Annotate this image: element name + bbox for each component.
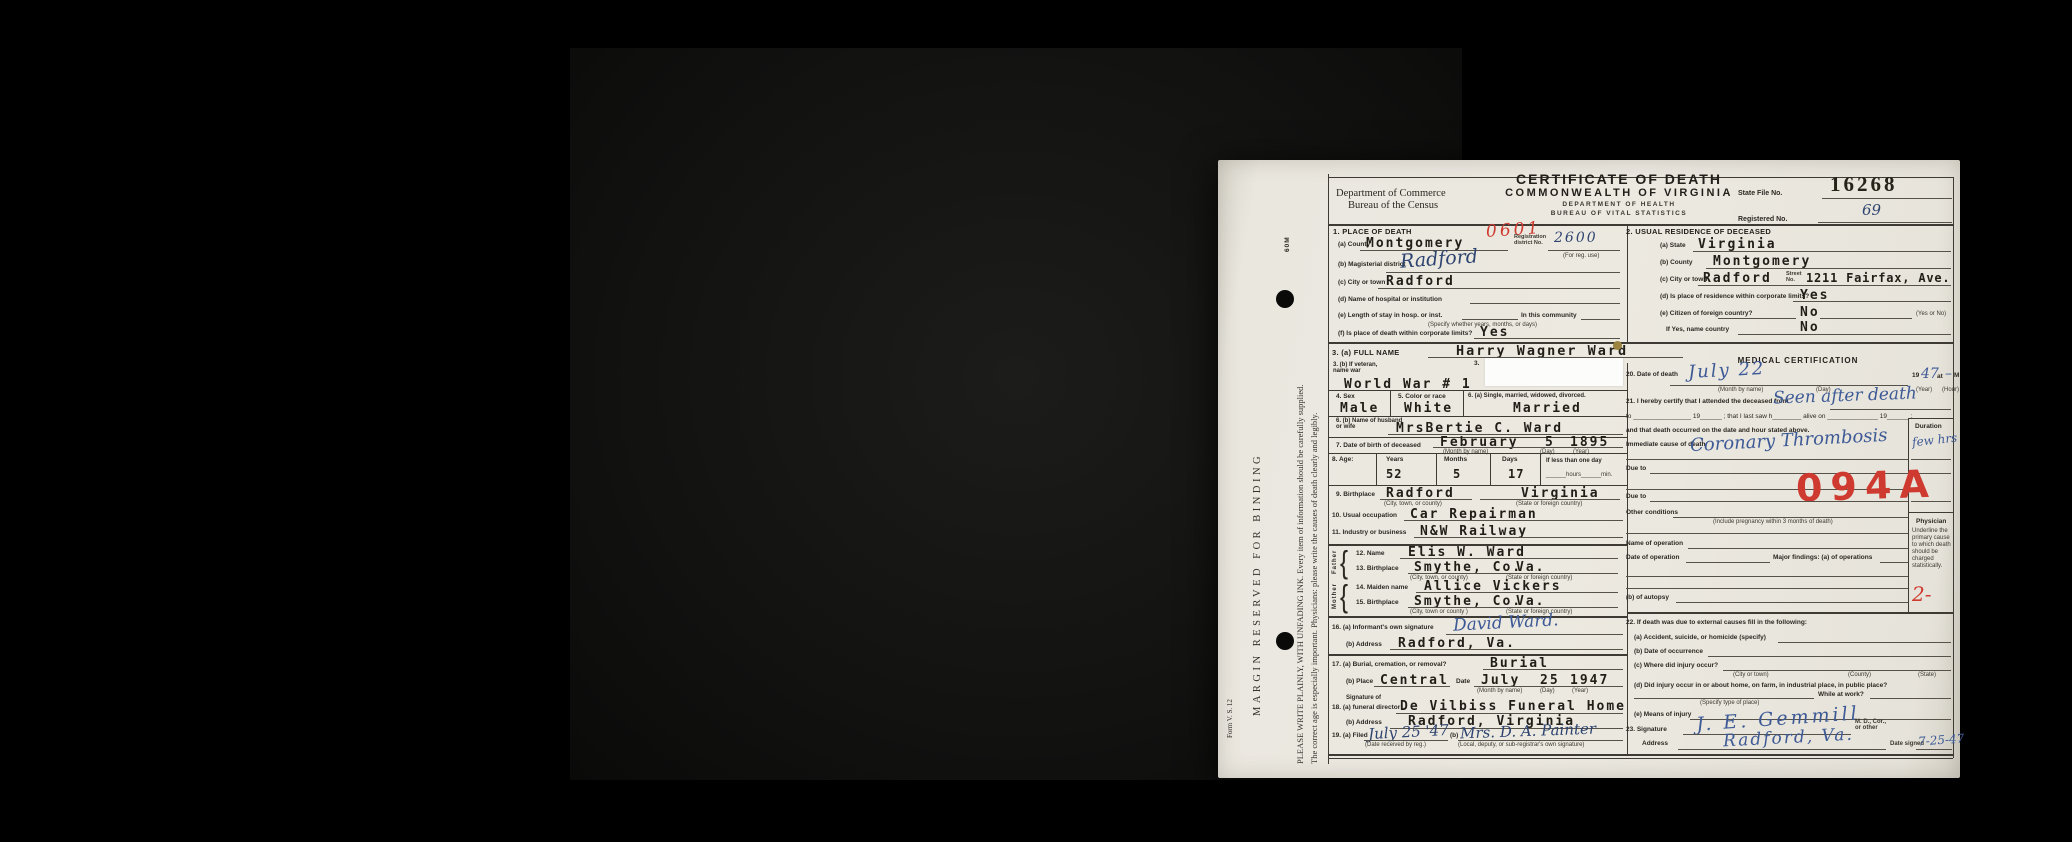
death-certificate-document: 60M Form V. S. 12 MARGIN RESERVED FOR BI… [1218,160,1960,778]
place-type-note: (Specify type of place) [1700,700,1759,706]
mother-group-label: Mother [1332,583,1338,609]
field-line [1408,607,1618,608]
age-label: 8. Age: [1332,456,1353,463]
field-line [1416,592,1618,593]
informant-address-label: (b) Address [1346,641,1382,648]
res-city-label: (c) City or town [1660,276,1707,283]
pod-city-value: Radford [1386,274,1455,289]
hospital-label: (d) Name of hospital or institution [1338,296,1442,303]
red-mark: 2- [1912,582,1931,606]
md-cor-note: M. D., Cor., or other [1855,719,1886,731]
director-label-1: Signature of [1346,695,1381,701]
field-line [1386,272,1620,273]
duration-label: Duration [1915,423,1942,430]
filed-label: 19. (a) Filed [1332,732,1368,739]
full-name-label: 3. (a) FULL NAME [1332,348,1400,357]
binding-margin-note: MARGIN RESERVED FOR BINDING [1252,453,1263,716]
field-line [1634,698,1814,699]
bottom-rule-2 [1328,758,1953,759]
date-signed-value: 7-25-47 [1918,731,1965,748]
citizen-label: (e) Citizen of foreign country? [1660,310,1752,317]
age-months-label: Months [1444,456,1467,463]
field-line [1698,285,1951,286]
field-line [1916,749,1952,750]
dod-hour-note: (Hour) [1942,387,1959,393]
certifier-signature-label: 23. Signature [1626,726,1667,733]
while-at-work-label: While at work? [1818,691,1864,698]
due-to-label-1: Due to [1626,465,1646,472]
physician-note: Underline the primary cause to which dea… [1912,528,1956,570]
field-line [1870,698,1951,699]
field-line [1390,649,1623,650]
section-rule [1328,654,1627,656]
column-divider-line [1627,224,1628,344]
field-line [1404,520,1623,521]
stock-number: 60M [1284,236,1291,252]
field-line [1446,634,1623,635]
ext-state-note: (State) [1918,672,1936,678]
res-city-value: Radford [1703,271,1772,286]
mother-brace: { [1340,580,1348,616]
dob-month-note: (Month by name) [1443,449,1488,455]
redaction-box [1485,358,1623,386]
scan-background: 60M Form V. S. 12 MARGIN RESERVED FOR BI… [570,48,1462,780]
document-title: CERTIFICATE OF DEATH [1494,171,1744,187]
field-line [1708,656,1951,657]
operation-date-label: Date of operation [1626,554,1679,561]
ssn-label: 3. [1474,360,1479,367]
bureau-census: Bureau of the Census [1348,200,1438,211]
pregnancy-note: (Include pregnancy within 3 months of de… [1713,519,1833,525]
dod-hour-value: – [1945,366,1952,382]
informant-signature-value: David Ward. [1453,610,1560,636]
reg-use-note: (For reg. use) [1563,253,1599,259]
field-line [1483,669,1623,670]
other-conditions-label: Other conditions [1626,509,1678,516]
field-line [1548,250,1620,251]
field-line [1458,740,1623,741]
age-years-value: 52 [1386,467,1402,481]
less-than-day-label: If less than one day [1546,458,1602,464]
field-line [1686,562,1770,563]
father-birthplace-label: 13. Birthplace [1356,565,1399,572]
yellow-sticker-dot [1613,341,1622,350]
burial-place-label: (b) Place [1346,678,1373,685]
cell-line [1376,453,1377,485]
form-number: Form V. S. 12 [1226,699,1234,738]
dob-day-note: (Day) [1540,449,1555,455]
dod-month-note: (Month by name) [1718,387,1763,393]
field-line [1581,319,1620,320]
field-line [1650,501,1908,502]
registered-label: Registered No. [1738,216,1787,223]
field-line [1723,670,1951,671]
field-line [1380,499,1472,500]
ext-city-note: (City or town) [1733,672,1769,678]
state-file-label: State File No. [1738,190,1782,197]
spouse-label: 6. (b) Name of husband or wife [1336,418,1402,430]
certify-line-2: to ________________ 19______ ; that I la… [1626,413,1912,420]
cell-line [1390,390,1391,416]
res-county-value: Montgomery [1713,254,1811,269]
cell-line [1463,390,1464,416]
dod-at-label: at [1937,373,1943,380]
ext-b-label: (b) Date of occurrence [1634,648,1703,655]
physician-box-line [1908,512,1909,612]
ext-d-label: (d) Did injury occur in or about home, o… [1634,682,1887,689]
field-line [1706,268,1951,269]
ext-county-note: (County) [1848,672,1871,678]
dept-health: DEPARTMENT OF HEALTH [1494,201,1744,208]
field-line [1374,686,1450,687]
veteran-label: 3. (b) If veteran, name war [1333,362,1377,374]
res-corporate-label: (d) Is place of residence within corpora… [1660,293,1809,300]
father-name-label: 12. Name [1356,550,1385,557]
field-line [1400,558,1618,559]
rule-line [1328,416,1627,417]
community-label: In this community [1521,312,1577,319]
dept-commerce: Department of Commerce [1336,188,1446,199]
rule-line [1328,390,1627,391]
father-group-label: Father [1332,550,1338,574]
burial-date-label: Date [1456,678,1470,685]
residence-title: 2. USUAL RESIDENCE OF DECEASED [1626,227,1771,236]
street-label: Street No. [1786,271,1802,283]
autopsy-label: (b) of autopsy [1626,594,1669,601]
field-line [1626,533,1908,534]
hours-min-label: ______hours______min. [1546,472,1612,478]
field-line [1693,251,1951,252]
pod-corporate-label: (f) Is place of death within corporate l… [1338,330,1472,337]
ext-c-label: (c) Where did injury occur? [1634,662,1718,669]
age-days-label: Days [1502,456,1518,463]
cell-line [1490,453,1491,485]
field-line [1364,740,1448,741]
field-line [1470,303,1620,304]
date-of-death-value: July 22 [1688,358,1766,383]
field-line [1673,517,1908,518]
punch-hole-bottom [1276,632,1294,650]
street-value: 1211 Fairfax, Ave. [1806,271,1950,285]
citizen-value: No [1800,305,1820,320]
field-line [1626,576,1908,577]
race-value: White [1404,401,1453,416]
filed-date-note: (Date received by reg.) [1365,742,1426,748]
commonwealth-subtitle: COMMONWEALTH OF VIRGINIA [1494,187,1744,199]
field-line [1778,642,1951,643]
marital-label: 6. (a) Single, married, widowed, divorce… [1468,393,1586,399]
registrar-signature-value: Mrs. D. A. Painter [1460,720,1597,743]
magisterial-value: Radford [1399,245,1478,272]
citizen-note: (Yes or No) [1916,311,1946,317]
filed-b-label: (b) [1450,732,1458,739]
attended-value: Seen after death [1773,383,1917,408]
reg-district-label: Registration district No. [1514,234,1546,246]
stay-label: (e) Length of stay in hosp. or inst. [1338,312,1442,319]
section-rule [1627,612,1953,614]
field-line [1626,459,1908,460]
field-line [1830,409,1951,410]
dob-label: 7. Date of birth of deceased [1336,442,1421,449]
mother-name-label: 14. Maiden name [1356,584,1408,591]
name-country-value: No [1800,320,1820,335]
registrar-note: (Local, deputy, or sub-registrar's own s… [1458,742,1584,748]
age-months-value: 5 [1453,467,1461,481]
field-line [1474,686,1623,687]
field-line [1793,301,1951,302]
res-state-value: Virginia [1698,237,1777,252]
bottom-rule [1328,754,1953,756]
marital-value: Married [1513,401,1582,416]
registered-number: 69 [1862,201,1881,219]
margin-divider-line [1328,174,1329,764]
margin-instruction-1: PLEASE WRITE PLAINLY, WITH UNFADING INK.… [1295,384,1305,764]
certify-line-1: 21. I hereby certify that I attended the… [1626,398,1789,405]
rule-line [1328,453,1627,454]
field-line [1678,749,1886,750]
header-rule [1328,224,1953,226]
field-line [1474,338,1620,339]
cause-code-stamp: 094A [1795,462,1937,511]
mother-bp-city-note: (City, town or county ) [1410,609,1468,615]
birthplace-label: 9. Birthplace [1336,491,1375,498]
field-line [1462,319,1518,320]
field-line [1818,222,1952,223]
field-line [1820,318,1912,319]
field-line [1626,588,1908,589]
field-line [1414,537,1623,538]
burial-day-note: (Day) [1540,688,1555,694]
funeral-director-value: De Vilbiss Funeral Home [1400,699,1626,714]
ext-e-label: (e) Means of injury [1634,711,1691,718]
section-rule [1328,342,1953,344]
field-line [1378,288,1620,289]
field-line [1480,499,1620,500]
mother-birthplace-label: 15. Birthplace [1356,599,1399,606]
dod-year-note: (Year) [1916,387,1932,393]
burial-year-note: (Year) [1572,688,1588,694]
occupation-label: 10. Usual occupation [1332,512,1397,519]
state-file-number: 16268 [1830,172,1898,197]
dod-m-label: M [1954,372,1959,379]
cell-line [1540,453,1541,485]
sex-label: 4. Sex [1336,393,1355,400]
field-line [1676,602,1908,603]
burial-month-note: (Month by name) [1477,688,1522,694]
major-findings-label: Major findings: (a) of operations [1773,554,1872,561]
duration-cell-line [1911,459,1951,460]
bureau-vital-statistics: BUREAU OF VITAL STATISTICS [1494,210,1744,217]
date-of-death-label: 20. Date of death [1626,371,1678,378]
informant-signature-label: 16. (a) Informant's own signature [1332,624,1434,631]
duration-box-top [1908,418,1953,419]
duration-box-bottom [1908,512,1953,513]
sex-value: Male [1340,401,1379,416]
place-of-death-title: 1. PLACE OF DEATH [1333,227,1412,236]
field-line [1688,548,1908,549]
race-label: 5. Color or race [1398,393,1446,400]
res-state-label: (a) State [1660,242,1686,249]
cause-duration-value: few hrs [1911,431,1957,450]
certifier-address-label: Address [1642,740,1668,747]
ext-a-label: (a) Accident, suicide, or homicide (spec… [1634,634,1766,641]
age-days-value: 17 [1508,467,1524,481]
field-line [1738,334,1951,335]
industry-label: 11. Industry or business [1332,529,1406,536]
operation-label: Name of operation [1626,540,1683,547]
field-line [1880,562,1908,563]
field-line [1822,198,1952,199]
due-to-label-2: Due to [1626,493,1646,500]
field-line [1718,318,1796,319]
external-causes-title: 22. If death was due to external causes … [1626,619,1807,626]
burial-type-label: 17. (a) Burial, cremation, or removal? [1332,661,1447,668]
physician-title: Physician [1916,518,1946,525]
punch-hole-top [1276,290,1294,308]
name-country-label: If Yes, name country [1666,326,1729,333]
res-county-label: (b) County [1660,259,1693,266]
father-brace: { [1340,546,1348,582]
margin-instruction-2: The correct age is especially important.… [1309,413,1319,764]
age-years-label: Years [1386,456,1403,463]
dod-year-prefix: 19 [1912,372,1919,379]
pod-city-label: (c) City or town [1338,279,1385,286]
magisterial-label: (b) Magisterial district [1338,261,1406,268]
director-label-2: 18. (a) funeral director [1332,704,1400,711]
reg-district-value: 2600 [1554,230,1598,246]
field-line [1408,573,1618,574]
right-border-line [1953,177,1954,758]
field-line [1433,447,1623,448]
dob-year-note: (Year) [1573,449,1589,455]
cell-line [1436,453,1437,485]
